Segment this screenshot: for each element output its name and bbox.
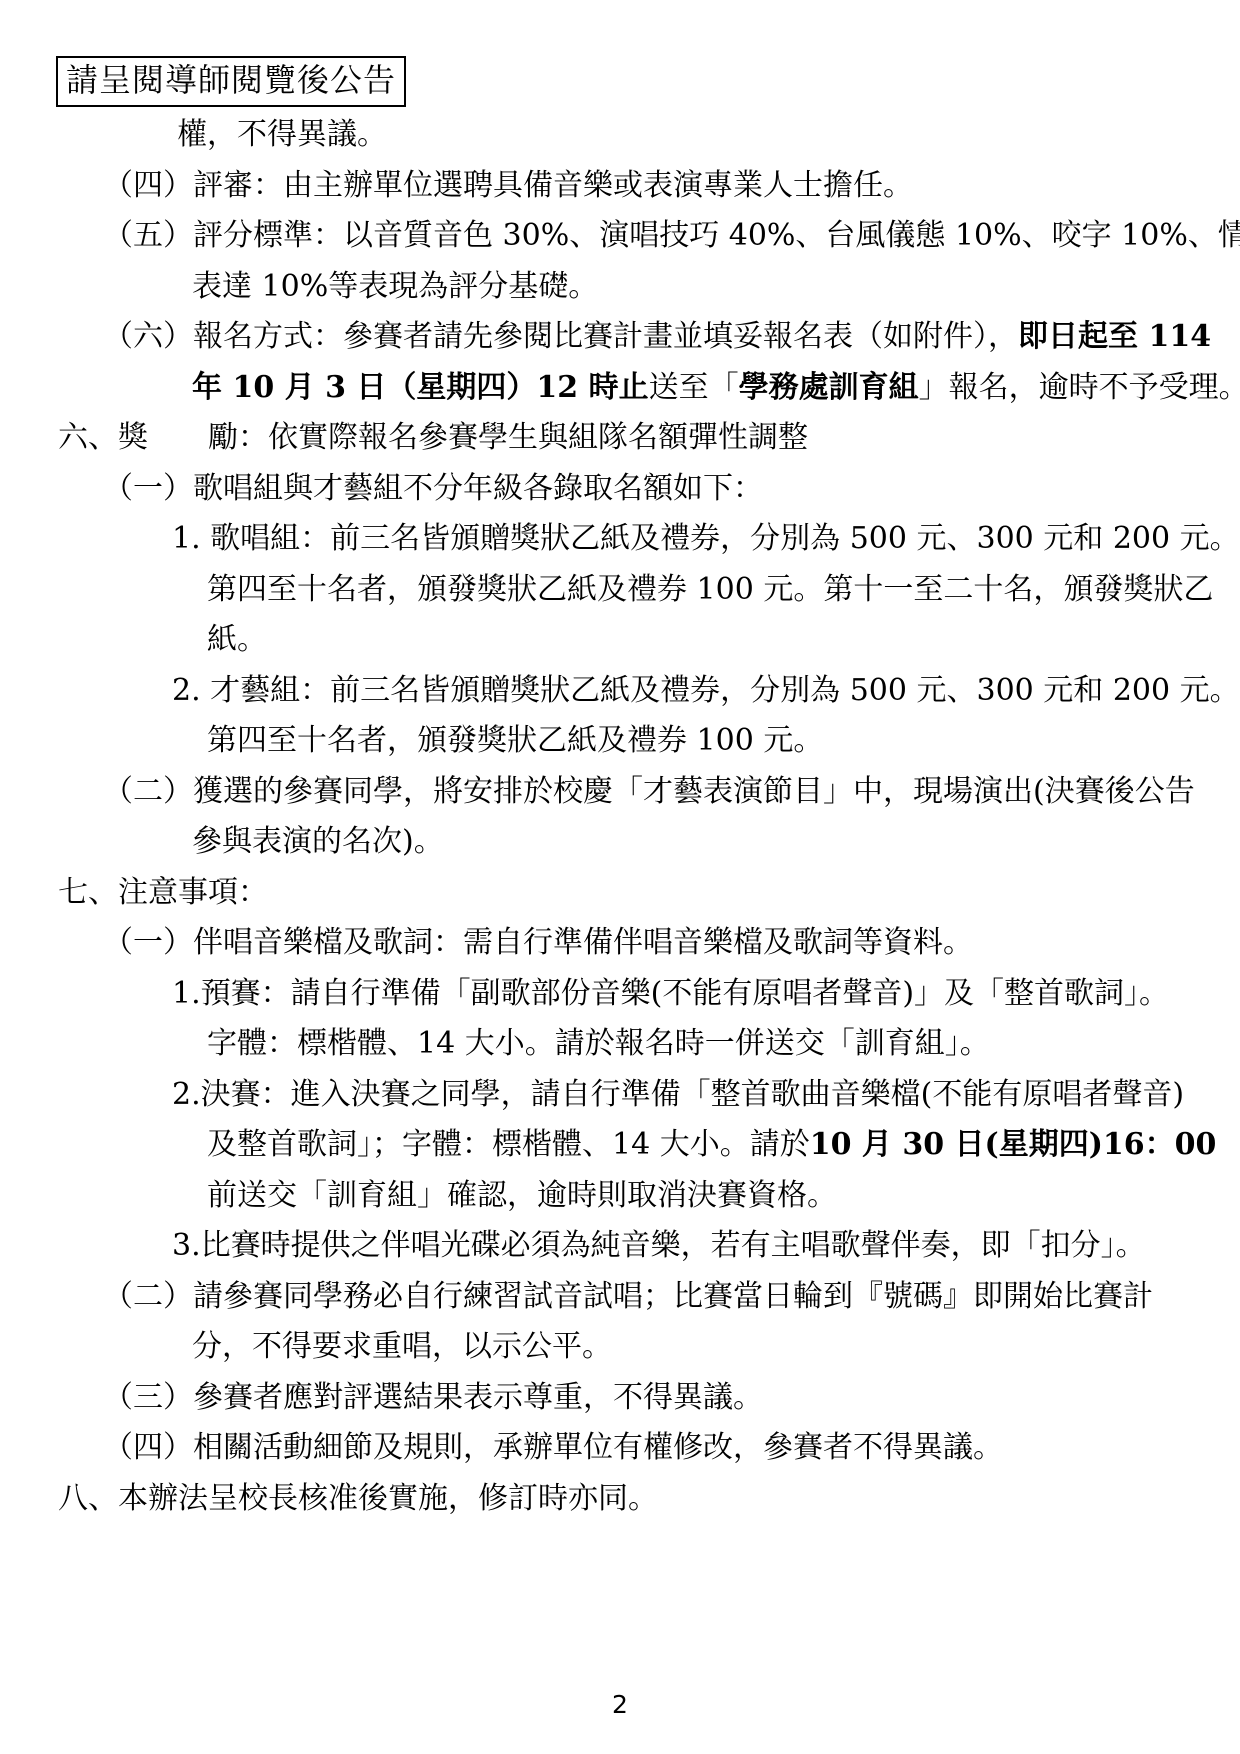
text-line: （六）報名方式：參賽者請先參閱比賽計畫並填妥報名表（如附件），即日起至 114 <box>0 312 1240 363</box>
bold-text-segment: 學務處訓育組 <box>739 370 919 405</box>
text-segment: （一）歌唱組與才藝組不分年級各錄取名額如下： <box>103 471 763 506</box>
text-line: 七、注意事項： <box>0 868 1240 919</box>
text-segment: 送至「 <box>649 370 739 405</box>
text-segment: 八、本辦法呈校長核准後實施，修訂時亦同。 <box>58 1481 658 1516</box>
text-line: 前送交「訓育組」確認，逾時則取消決賽資格。 <box>0 1171 1240 1222</box>
text-line: 八、本辦法呈校長核准後實施，修訂時亦同。 <box>0 1474 1240 1525</box>
text-line: 及整首歌詞」；字體：標楷體、14 大小。請於10 月 30 日(星期四)16：0… <box>0 1120 1240 1171</box>
text-line: （一）伴唱音樂檔及歌詞：需自行準備伴唱音樂檔及歌詞等資料。 <box>0 918 1240 969</box>
text-line: 2.決賽：進入決賽之同學，請自行準備「整首歌曲音樂檔(不能有原唱者聲音) <box>0 1070 1240 1121</box>
text-line: 第四至十名者，頒發獎狀乙紙及禮券 100 元。 <box>0 716 1240 767</box>
text-segment: 六、獎 勵：依實際報名參賽學生與組隊名額彈性調整 <box>58 420 808 455</box>
text-segment: 參與表演的名次)。 <box>192 824 444 859</box>
text-line: 參與表演的名次)。 <box>0 817 1240 868</box>
text-line: 權，不得異議。 <box>0 110 1240 161</box>
text-segment: 權，不得異議。 <box>177 117 387 152</box>
text-line: （一）歌唱組與才藝組不分年級各錄取名額如下： <box>0 464 1240 515</box>
bold-text-segment: 年 10 月 3 日（星期四）12 時止 <box>192 370 649 405</box>
text-segment: 表達 10%等表現為評分基礎。 <box>192 269 598 304</box>
text-line: 1. 歌唱組：前三名皆頒贈獎狀乙紙及禮券，分別為 500 元、300 元和 20… <box>0 514 1240 565</box>
text-segment: 第四至十名者，頒發獎狀乙紙及禮券 100 元。 <box>207 723 823 758</box>
bold-text-segment: 10 月 30 日(星期四)16：00 <box>810 1127 1217 1162</box>
text-segment: 紙。 <box>207 622 267 657</box>
text-line: 1.預賽：請自行準備「副歌部份音樂(不能有原唱者聲音)」及「整首歌詞」。 <box>0 969 1240 1020</box>
document-lines: 權，不得異議。（四）評審：由主辦單位選聘具備音樂或表演專業人士擔任。（五）評分標… <box>0 110 1240 1524</box>
text-segment: 」報名，逾時不予受理。 <box>919 370 1240 405</box>
text-line: 字體：標楷體、14 大小。請於報名時一併送交「訓育組」。 <box>0 1019 1240 1070</box>
text-segment: 字體：標楷體、14 大小。請於報名時一併送交「訓育組」。 <box>207 1026 990 1061</box>
text-segment: 前送交「訓育組」確認，逾時則取消決賽資格。 <box>207 1178 837 1213</box>
text-segment: 1. 歌唱組：前三名皆頒贈獎狀乙紙及禮券，分別為 500 元、300 元和 20… <box>172 521 1240 556</box>
text-line: （四）評審：由主辦單位選聘具備音樂或表演專業人士擔任。 <box>0 161 1240 212</box>
text-segment: 3.比賽時提供之伴唱光碟必須為純音樂，若有主唱歌聲伴奏，即「扣分」。 <box>172 1228 1146 1263</box>
text-segment: （四）評審：由主辦單位選聘具備音樂或表演專業人士擔任。 <box>103 168 913 203</box>
text-segment: （五）評分標準：以音質音色 30%、演唱技巧 40%、台風儀態 10%、咬字 1… <box>103 218 1240 253</box>
text-line: （二）獲選的參賽同學，將安排於校慶「才藝表演節目」中，現場演出(決賽後公告 <box>0 767 1240 818</box>
text-segment: 及整首歌詞」；字體：標楷體、14 大小。請於 <box>207 1127 810 1162</box>
text-segment: （一）伴唱音樂檔及歌詞：需自行準備伴唱音樂檔及歌詞等資料。 <box>103 925 973 960</box>
review-stamp-box: 請呈閱導師閱覽後公告 <box>56 56 406 107</box>
bold-text-segment: 即日起至 114 <box>1018 319 1211 354</box>
text-segment: （六）報名方式：參賽者請先參閱比賽計畫並填妥報名表（如附件）， <box>103 319 1018 354</box>
text-segment: （三）參賽者應對評選結果表示尊重，不得異議。 <box>103 1380 763 1415</box>
text-line: 六、獎 勵：依實際報名參賽學生與組隊名額彈性調整 <box>0 413 1240 464</box>
text-segment: 第四至十名者，頒發獎狀乙紙及禮券 100 元。第十一至二十名，頒發獎狀乙 <box>207 572 1213 607</box>
text-line: 第四至十名者，頒發獎狀乙紙及禮券 100 元。第十一至二十名，頒發獎狀乙 <box>0 565 1240 616</box>
text-segment: 1.預賽：請自行準備「副歌部份音樂(不能有原唱者聲音)」及「整首歌詞」。 <box>172 976 1169 1011</box>
text-segment: 七、注意事項： <box>58 875 268 910</box>
text-line: 分，不得要求重唱，以示公平。 <box>0 1322 1240 1373</box>
text-line: （四）相關活動細節及規則，承辦單位有權修改，參賽者不得異議。 <box>0 1423 1240 1474</box>
text-segment: （二）請參賽同學務必自行練習試音試唱；比賽當日輪到『號碼』即開始比賽計 <box>103 1279 1153 1314</box>
text-line: 3.比賽時提供之伴唱光碟必須為純音樂，若有主唱歌聲伴奏，即「扣分」。 <box>0 1221 1240 1272</box>
text-segment: （四）相關活動細節及規則，承辦單位有權修改，參賽者不得異議。 <box>103 1430 1003 1465</box>
text-segment: 2.決賽：進入決賽之同學，請自行準備「整首歌曲音樂檔(不能有原唱者聲音) <box>172 1077 1184 1112</box>
text-line: （三）參賽者應對評選結果表示尊重，不得異議。 <box>0 1373 1240 1424</box>
text-segment: 分，不得要求重唱，以示公平。 <box>192 1329 612 1364</box>
text-line: 紙。 <box>0 615 1240 666</box>
text-line: （五）評分標準：以音質音色 30%、演唱技巧 40%、台風儀態 10%、咬字 1… <box>0 211 1240 262</box>
page-number: 2 <box>0 1690 1240 1719</box>
text-segment: （二）獲選的參賽同學，將安排於校慶「才藝表演節目」中，現場演出(決賽後公告 <box>103 774 1195 809</box>
text-line: 表達 10%等表現為評分基礎。 <box>0 262 1240 313</box>
text-segment: 2. 才藝組：前三名皆頒贈獎狀乙紙及禮券，分別為 500 元、300 元和 20… <box>172 673 1240 708</box>
document-page: 請呈閱導師閱覽後公告 權，不得異議。（四）評審：由主辦單位選聘具備音樂或表演專業… <box>0 0 1240 1754</box>
text-line: 2. 才藝組：前三名皆頒贈獎狀乙紙及禮券，分別為 500 元、300 元和 20… <box>0 666 1240 717</box>
text-line: 年 10 月 3 日（星期四）12 時止送至「學務處訓育組」報名，逾時不予受理。 <box>0 363 1240 414</box>
text-line: （二）請參賽同學務必自行練習試音試唱；比賽當日輪到『號碼』即開始比賽計 <box>0 1272 1240 1323</box>
